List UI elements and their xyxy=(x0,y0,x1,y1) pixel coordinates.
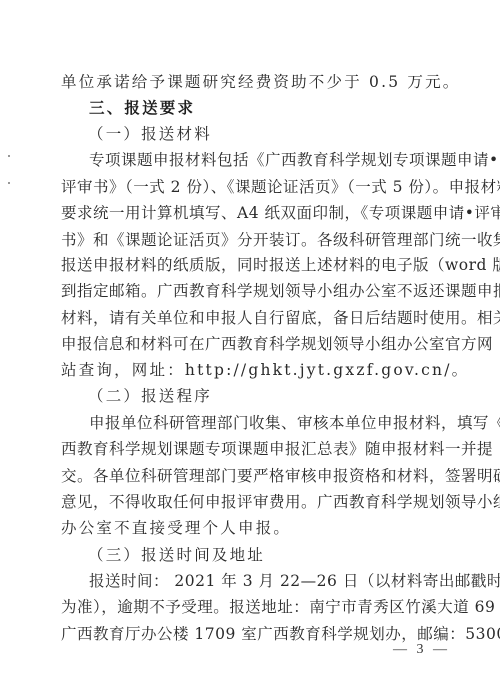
paragraph-line: 意见，不得收取任何申报评审费用。广西教育科学规划领导小组 xyxy=(61,489,450,515)
paragraph-line: 到指定邮箱。广西教育科学规划领导小组办公室不返还课题申报 xyxy=(61,278,450,304)
paragraph-line: 材料，请有关单位和申报人自行留底，备日后结题时使用。相关 xyxy=(61,305,450,331)
paragraph-line: 要求统一用计算机填写、A4 纸双面印制，《专项课题申请•评审 xyxy=(61,200,450,226)
paragraph-line: 申报单位科研管理部门收集、审核本单位申报材料，填写《广 xyxy=(89,410,450,436)
page-number: — 3 — xyxy=(393,640,450,660)
paragraph-line: 办公室不直接受理个人申报。 xyxy=(61,515,450,541)
paragraph-line: 书》和《课题论证活页》分开装订。各级科研管理部门统一收集 xyxy=(61,227,450,253)
paragraph-line: 评审书》（一式 2 份）、《课题论证活页》（一式 5 份）。申报材料 xyxy=(61,174,450,200)
section-heading: 三、报送要求 xyxy=(89,95,450,121)
margin-mark xyxy=(8,155,10,157)
paragraph-line: 报送时间： 2021 年 3 月 22—26 日（以材料寄出邮戳时间 xyxy=(89,568,450,594)
subsection-heading: （三）报送时间及地址 xyxy=(88,542,477,568)
document-page: 单位承诺给予课题研究经费资助不少于 0.5 万元。 三、报送要求 （一）报送材料… xyxy=(0,0,500,697)
paragraph-line: 西教育科学规划课题专项课题申报汇总表》随申报材料一并提 xyxy=(61,436,450,462)
paragraph-line: 为准），逾期不予受理。报送地址：南宁市青秀区竹溪大道 69 号 xyxy=(61,594,450,620)
margin-mark xyxy=(8,182,10,184)
paragraph-line: 交。各单位科研管理部门要严格审核申报资格和材料，签署明确 xyxy=(61,463,450,489)
paragraph-line: 单位承诺给予课题研究经费资助不少于 0.5 万元。 xyxy=(61,69,450,95)
paragraph-line: 报送申报材料的纸质版，同时报送上述材料的电子版（word 版） xyxy=(61,252,450,278)
paragraph-line-url: 站查询，网址：http://ghkt.jyt.gxzf.gov.cn/。 xyxy=(61,357,450,383)
subsection-heading: （一）报送材料 xyxy=(88,121,477,147)
subsection-heading: （二）报送程序 xyxy=(88,383,477,409)
paragraph-line: 广西教育厅办公楼 1709 室广西教育科学规划办，邮编：530021； xyxy=(61,621,450,647)
paragraph-line: 专项课题申报材料包括《广西教育科学规划专项课题申请• xyxy=(89,147,450,173)
paragraph-line: 申报信息和材料可在广西教育科学规划领导小组办公室官方网 xyxy=(61,331,450,357)
